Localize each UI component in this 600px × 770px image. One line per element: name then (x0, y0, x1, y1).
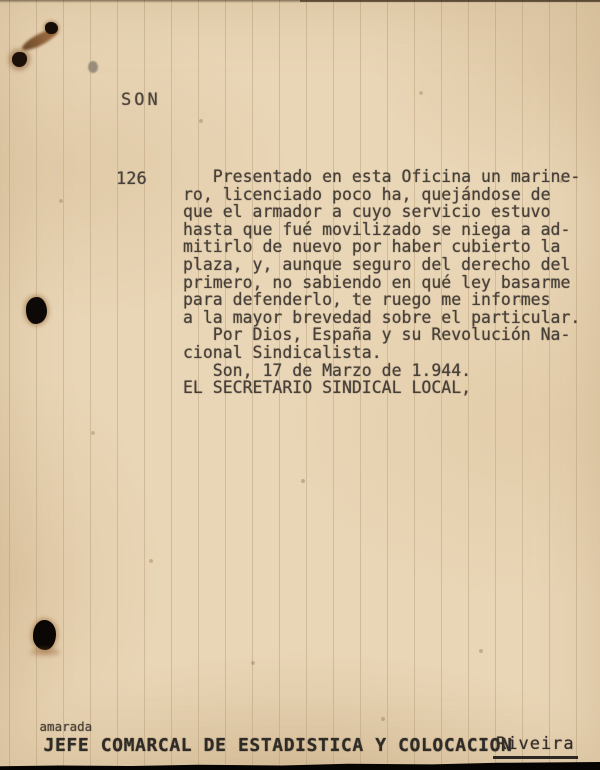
body-line: hasta que fué movilizado se niega a ad- (183, 221, 580, 239)
body-line: que el armador a cuyo servicio estuvo (183, 203, 580, 221)
body-line: a la mayor brevedad sobre el particular. (183, 309, 580, 327)
destination-stamp: Riveira (493, 734, 578, 759)
hole-punch-top (26, 297, 47, 324)
scanned-letter-page: SON 126 Presentado en esta Oficina un ma… (0, 0, 600, 770)
reference-number: 126 (116, 169, 147, 189)
letterhead-location: SON (121, 90, 161, 110)
ink-stain-blob (45, 22, 58, 34)
body-line: primero, no sabiendo en qué ley basarme (183, 274, 580, 292)
body-line: ro, licenciado poco ha, quejándose de (183, 186, 580, 204)
hole-punch-bottom (33, 620, 56, 650)
scan-top-edge-dark (300, 0, 600, 2)
body-line: cional Sindicalista. (183, 344, 580, 362)
letter-body: Presentado en esta Oficina un marine-ro,… (183, 168, 580, 397)
paper-speckles (0, 0, 2, 2)
body-line: Por Dios, España y su Revolución Na- (183, 326, 580, 344)
body-line: plaza, y, aunque seguro del derecho del (183, 256, 580, 274)
ink-stain-blob (12, 52, 27, 67)
addressee-prefix: amarada (40, 719, 93, 734)
body-line: para defenderlo, te ruego me informes (183, 291, 580, 309)
body-line: Son, 17 de Marzo de 1.944. (183, 362, 580, 380)
addressee-line: amarada JEFE COMARCAL DE ESTADISTICA Y C… (1, 697, 512, 770)
addressee-title: JEFE COMARCAL DE ESTADISTICA Y COLOCACIO… (44, 735, 513, 756)
body-line: EL SECRETARIO SINDICAL LOCAL, (183, 379, 580, 397)
body-line: Presentado en esta Oficina un marine- (183, 168, 580, 186)
hole-punch-smudge (30, 648, 60, 656)
body-line: mitirlo de nuevo por haber cubierto la (183, 238, 580, 256)
smudge-dot (88, 61, 98, 73)
